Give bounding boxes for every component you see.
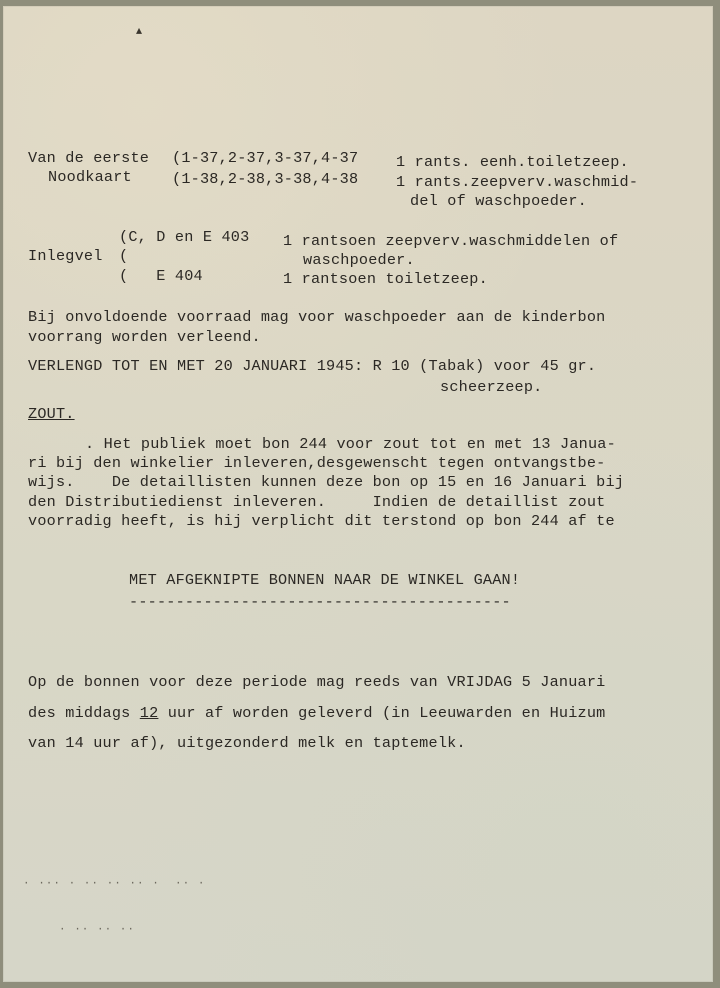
delivery-line-3: van 14 uur af), uitgezonderd melk en tap… [28,734,466,753]
faint-offset-marks: · ··· · ·· ·· ·· · ·· · [23,878,205,890]
row-label-van-de-eerste: Van de eerste [28,149,149,168]
zout-line-4: den Distributiedienst inleveren. Indien … [28,493,605,512]
row-label-noodkaart: Noodkaart [48,168,132,187]
zout-line-3: wijs. De detaillisten kunnen deze bon op… [28,473,624,492]
delivery-line-2-post: uur af worden geleverd (in Leeuwarden en… [158,704,605,722]
inlegvel-label: Inlegvel [28,247,103,266]
row-coupons-38: (1-38,2-38,3-38,4-38 [172,170,358,189]
verlengd-line-2: scheerzeep. [440,378,542,397]
delivery-line-2: des middags 12 uur af worden geleverd (i… [28,704,606,723]
inlegvel-coupons-404: ( E 404 [119,267,203,286]
row-ration-waschmiddel-cont: del of waschpoeder. [410,192,587,211]
document-page: ▴ Van de eerste (1-37,2-37,3-37,4-37 1 r… [3,6,713,982]
delivery-line-1: Op de bonnen voor deze periode mag reeds… [28,673,605,692]
verlengd-line-1: VERLENGD TOT EN MET 20 JANUARI 1945: R 1… [28,357,596,376]
notice-rule: ----------------------------------------… [129,593,511,612]
inlegvel-coupons-403: (C, D en E 403 [119,228,249,247]
zout-line-5: voorradig heeft, is hij verplicht dit te… [28,512,615,531]
zout-heading: ZOUT. [28,405,75,424]
inlegvel-ration-waschpoeder: waschpoeder. [303,251,415,270]
inlegvel-bracket: ( [119,247,128,266]
zout-line-1: . Het publiek moet bon 244 voor zout tot… [85,435,616,454]
delivery-line-2-pre: des middags [28,704,140,722]
ink-mark: ▴ [136,23,142,37]
paragraph-kinderbon-line-1: Bij onvoldoende voorraad mag voor waschp… [28,308,605,327]
faint-offset-marks-2: · ·· ·· ·· [59,924,135,936]
row-ration-toiletzeep: 1 rants. eenh.toiletzeep. [396,153,629,172]
inlegvel-ration-waschmiddelen: 1 rantsoen zeepverv.waschmiddelen of [283,232,618,251]
row-coupons-37: (1-37,2-37,3-37,4-37 [172,149,358,168]
row-ration-waschmiddel: 1 rants.zeepverv.waschmid- [396,173,638,192]
zout-line-2: ri bij den winkelier inleveren,desgewens… [28,454,605,473]
inlegvel-ration-toiletzeep: 1 rantsoen toiletzeep. [283,270,488,289]
paragraph-kinderbon-line-2: voorrang worden verleend. [28,328,261,347]
delivery-hour: 12 [140,704,159,722]
notice-text: MET AFGEKNIPTE BONNEN NAAR DE WINKEL GAA… [129,571,520,590]
